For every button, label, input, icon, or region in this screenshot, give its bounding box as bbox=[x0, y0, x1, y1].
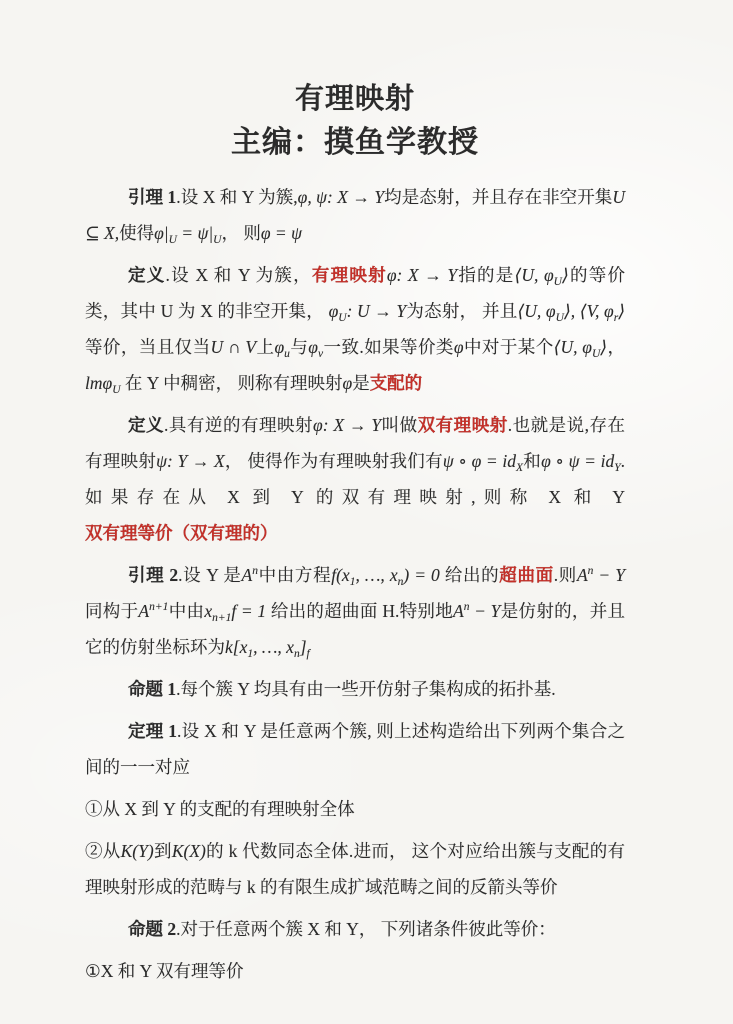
text-run-m: ⟩ bbox=[562, 265, 569, 285]
text-run-sub: X bbox=[516, 462, 523, 474]
text-run-m: lmφ bbox=[85, 373, 112, 393]
paragraph-lemma-2: 引理 2.设 Y 是An中由方程f(x1, …, xn) = 0 给出的超曲面.… bbox=[85, 557, 625, 665]
text-run-p: ， 则 bbox=[221, 223, 260, 243]
text-run-sup: n+1 bbox=[149, 601, 168, 613]
text-run-m: φ, ψ: X → Y bbox=[298, 187, 384, 207]
text-run-p: 为态射， 并且 bbox=[406, 301, 517, 321]
text-run-m: A bbox=[453, 601, 464, 621]
text-run-b: 定理 1 bbox=[128, 721, 177, 741]
text-run-p: 中对于某个 bbox=[464, 337, 554, 357]
document-header: 有理映射 主编：摸鱼学教授 bbox=[85, 78, 625, 166]
text-run-p: .设 X 和 Y 为簇, bbox=[176, 187, 297, 207]
text-run-p: 是 bbox=[352, 373, 370, 393]
document-body: 引理 1.设 X 和 Y 为簇,φ, ψ: X → Y均是态射，并且存在非空开集… bbox=[85, 179, 625, 989]
text-run-m: K(Y) bbox=[121, 841, 154, 861]
text-run-p: .具有逆的有理映射 bbox=[164, 415, 313, 435]
text-run-m: ⟨U, φ bbox=[554, 337, 592, 357]
text-run-m: − Y bbox=[593, 565, 625, 585]
paragraph-list-item-1: ①从 X 到 Y 的支配的有理映射全体 bbox=[85, 791, 625, 827]
paragraph-lemma-1: 引理 1.设 X 和 Y 为簇,φ, ψ: X → Y均是态射，并且存在非空开集… bbox=[85, 179, 625, 251]
text-run-m: ] bbox=[300, 637, 307, 657]
text-run-p: 使得 bbox=[119, 223, 154, 243]
text-run-sub: U bbox=[554, 276, 562, 288]
text-run-p: ①从 X 到 Y 的支配的有理映射全体 bbox=[85, 799, 355, 819]
text-run-sub: n+1 bbox=[212, 612, 231, 624]
text-run-m: φ ∘ ψ = id bbox=[541, 451, 614, 471]
text-run-m: A bbox=[577, 565, 588, 585]
text-run-p: .对于任意两个簇 X 和 Y， 下列诸条件彼此等价： bbox=[176, 919, 556, 939]
text-run-m: A bbox=[242, 565, 253, 585]
text-run-sub: U bbox=[338, 312, 346, 324]
text-run-p: 给出的超曲面 H.特别地 bbox=[266, 601, 453, 621]
text-run-p: 中由方程 bbox=[258, 565, 331, 585]
text-run-m: φ| bbox=[154, 223, 169, 243]
text-run-p: 同构于 bbox=[85, 601, 138, 621]
text-run-p: .设 X 和 Y 为簇， bbox=[165, 265, 311, 285]
page-subtitle: 主编：摸鱼学教授 bbox=[85, 120, 625, 166]
text-run-m: , …, x bbox=[355, 565, 397, 585]
text-run-m: φ bbox=[329, 301, 339, 321]
text-run-b: 定义 bbox=[128, 265, 165, 285]
paragraph-proposition-1: 命题 1.每个簇 Y 均具有由一些开仿射子集构成的拓扑基. bbox=[85, 671, 625, 707]
text-run-p: 与 bbox=[290, 337, 308, 357]
text-run-m: K(X) bbox=[172, 841, 206, 861]
text-run-m: ) = 0 bbox=[403, 565, 439, 585]
text-run-m: : U → Y bbox=[347, 301, 407, 321]
text-run-r: 超曲面 bbox=[499, 565, 553, 585]
text-run-m: φ: X → Y bbox=[313, 415, 381, 435]
text-run-m: φ bbox=[274, 337, 284, 357]
text-run-p: 和 bbox=[523, 451, 541, 471]
text-run-p: ， bbox=[607, 337, 625, 357]
text-run-m: φ = ψ bbox=[261, 223, 302, 243]
paragraph-definition-birational-map: 定义.具有逆的有理映射φ: X → Y叫做双有理映射.也就是说,存在有理映射ψ:… bbox=[85, 407, 625, 551]
text-run-b: 命题 1 bbox=[128, 679, 176, 699]
text-run-r: 有理映射 bbox=[312, 265, 387, 285]
text-run-m: f = 1 bbox=[231, 601, 266, 621]
text-run-m: φ: X → Y bbox=[387, 265, 457, 285]
text-run-p: 叫做 bbox=[381, 415, 418, 435]
text-run-p: 指的是 bbox=[457, 265, 514, 285]
text-run-m: − Y bbox=[470, 601, 501, 621]
text-run-m: k[x bbox=[225, 637, 247, 657]
text-run-p: ， 使得作为有理映射我们有 bbox=[225, 451, 443, 471]
text-run-p: 一致.如果等价类 bbox=[323, 337, 454, 357]
text-run-p: 中由 bbox=[168, 601, 204, 621]
text-run-p: 上 bbox=[256, 337, 274, 357]
page-title: 有理映射 bbox=[85, 78, 625, 120]
text-run-sub: U bbox=[556, 312, 564, 324]
text-run-m: , …, x bbox=[253, 637, 294, 657]
paragraph-theorem-1: 定理 1.设 X 和 Y 是任意两个簇, 则上述构造给出下列两个集合之间的一一对… bbox=[85, 713, 625, 785]
text-run-m: f(x bbox=[331, 565, 349, 585]
text-run-p: .每个簇 Y 均具有由一些开仿射子集构成的拓扑基. bbox=[176, 679, 556, 699]
text-run-m: A bbox=[138, 601, 149, 621]
text-run-m: ψ ∘ φ = id bbox=[443, 451, 516, 471]
paragraph-list-item-2: ②从K(Y)到K(X)的 k 代数同态全体.进而， 这个对应给出簇与支配的有理映… bbox=[85, 833, 625, 905]
text-run-p: 在 Y 中稠密， 则称有理映射 bbox=[121, 373, 343, 393]
text-run-p: 到 bbox=[154, 841, 172, 861]
text-run-p: 均是态射，并且存在非空开集 bbox=[384, 187, 612, 207]
paragraph-prop2-list-item-1: ①X 和 Y 双有理等价 bbox=[85, 953, 625, 989]
text-run-m: φ bbox=[343, 373, 353, 393]
text-run-b: 命题 2 bbox=[128, 919, 176, 939]
text-run-m: U ∩ V bbox=[211, 337, 257, 357]
text-run-sub: U bbox=[112, 384, 120, 396]
paragraph-definition-rational-map: 定义.设 X 和 Y 为簇，有理映射φ: X → Y指的是⟨U, φU⟩的等价类… bbox=[85, 257, 625, 401]
text-run-m: ⟨U, φ bbox=[515, 265, 554, 285]
text-run-p: 等价，当且仅当 bbox=[85, 337, 211, 357]
text-run-m: ⟩ bbox=[618, 301, 625, 321]
text-run-sub: f bbox=[307, 648, 310, 660]
text-run-p: .则 bbox=[554, 565, 577, 585]
text-run-b: 引理 1 bbox=[128, 187, 176, 207]
text-run-m: ψ: Y → X bbox=[156, 451, 225, 471]
text-run-p: ②从 bbox=[85, 841, 121, 861]
text-run-m: x bbox=[204, 601, 212, 621]
text-run-b: 引理 2 bbox=[128, 565, 178, 585]
text-run-r: 双有理映射 bbox=[418, 415, 508, 435]
text-run-m: ⟨U, φ bbox=[517, 301, 555, 321]
text-run-r: 双有理等价（双有理的） bbox=[85, 523, 278, 543]
text-run-m: = ψ| bbox=[177, 223, 213, 243]
document-page: 有理映射 主编：摸鱼学教授 引理 1.设 X 和 Y 为簇,φ, ψ: X → … bbox=[0, 0, 733, 1024]
text-run-p: 给出的 bbox=[440, 565, 500, 585]
text-run-m: φ bbox=[454, 337, 464, 357]
text-run-sub: U bbox=[169, 234, 177, 246]
text-run-r: 支配的 bbox=[370, 373, 423, 393]
document-content: 有理映射 主编：摸鱼学教授 引理 1.设 X 和 Y 为簇,φ, ψ: X → … bbox=[85, 78, 625, 995]
text-run-p: .设 Y 是 bbox=[178, 565, 241, 585]
text-run-m: ⟩, ⟨V, φ bbox=[564, 301, 614, 321]
paragraph-proposition-2: 命题 2.对于任意两个簇 X 和 Y， 下列诸条件彼此等价： bbox=[85, 911, 625, 947]
text-run-b: 定义 bbox=[128, 415, 164, 435]
text-run-m: φ bbox=[308, 337, 318, 357]
text-run-p: ①X 和 Y 双有理等价 bbox=[85, 961, 243, 981]
